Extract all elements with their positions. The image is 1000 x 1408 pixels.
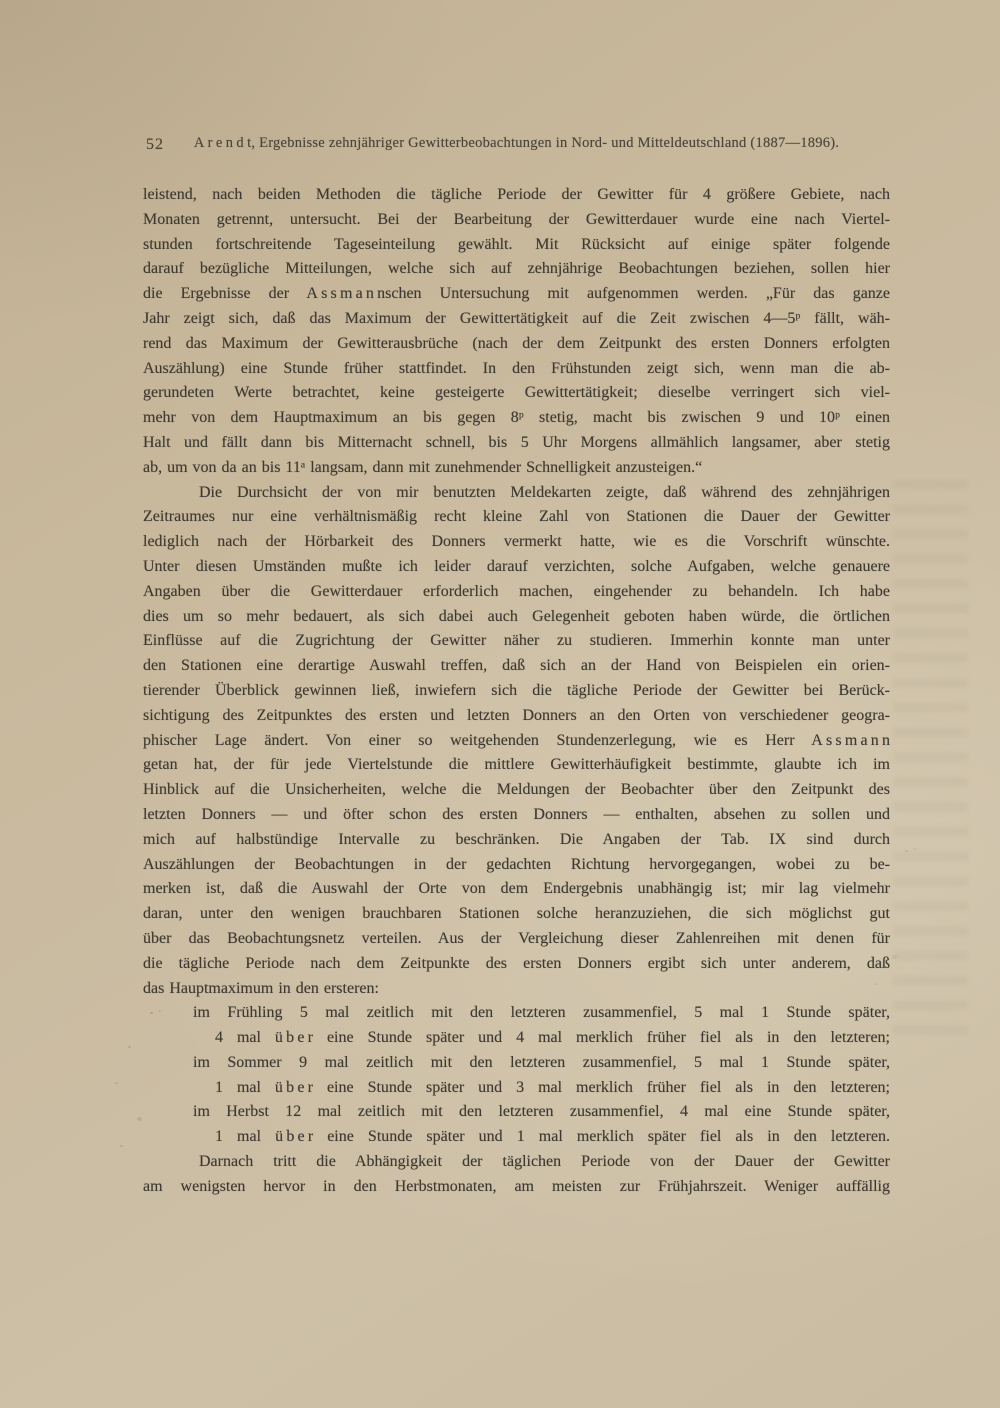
print-artifact [150,1012,153,1014]
text-line: die Ergebnisse der A s s m a n nschen Un… [143,282,890,307]
text-line: Auszählung) eine Stunde früher stattfind… [143,357,890,382]
scanned-book-page: 52 A r e n d t, Ergebnisse zehnjähriger … [0,0,1000,1408]
text-line: das Hauptmaximum in den ersteren: [143,977,890,1002]
bleed-through-artifact [893,480,968,1040]
text-line: Zeitraumes nur eine verhältnismäßig rech… [143,505,890,530]
running-header: 52 A r e n d t, Ergebnisse zehnjähriger … [143,135,890,157]
text-line: am wenigsten hervor in den Herbstmonaten… [143,1175,890,1200]
text-line: lediglich nach der Hörbarkeit des Donner… [143,530,890,555]
text-line: tierender Überblick gewinnen ließ, inwie… [143,679,890,704]
text-line: getan hat, der für jede Viertelstunde di… [143,753,890,778]
text-line: letzten Donners — und öfter schon des er… [143,803,890,828]
text-line: mehr von dem Hauptmaximum an bis gegen 8… [143,406,890,431]
text-line: über das Beobachtungsnetz verteilen. Aus… [143,927,890,952]
text-line: Monaten getrennt, untersucht. Bei der Be… [143,208,890,233]
text-line: merken ist, daß die Auswahl der Orte von… [143,877,890,902]
text-line: Die Durchsicht der von mir benutzten Mel… [143,481,890,506]
text-line: phischer Lage ändert. Von einer so weitg… [143,729,890,754]
page-number: 52 [146,136,164,154]
text-line: rend das Maximum der Gewitterausbrüche (… [143,332,890,357]
list-line: im Herbst 12 mal zeitlich mit den letzte… [143,1100,890,1125]
list-line: im Frühling 5 mal zeitlich mit den letzt… [143,1001,890,1026]
text-line: ab, um von da an bis 11ᵃ langsam, dann m… [143,456,890,481]
text-line: darauf bezügliche Mitteilungen, welche s… [143,257,890,282]
text-line: den Stationen eine derartige Auswahl tre… [143,654,890,679]
running-title: A r e n d t, Ergebnisse zehnjähriger Gew… [143,135,890,152]
text-line: Jahr zeigt sich, daß das Maximum der Gew… [143,307,890,332]
body-text: leistend, nach beiden Methoden die tägli… [143,183,890,1200]
text-line: Halt und fällt dann bis Mitternacht schn… [143,431,890,456]
text-line: Darnach tritt die Abhängigkeit der tägli… [143,1150,890,1175]
text-line: Einflüsse auf die Zugrichtung der Gewitt… [143,629,890,654]
list-line: 1 mal ü b e r eine Stunde später und 1 m… [143,1125,890,1150]
list-line: 4 mal ü b e r eine Stunde später und 4 m… [143,1026,890,1051]
text-line: gerundeten Werte betrachtet, keine geste… [143,381,890,406]
text-line: sichtigung des Zeitpunktes des ersten un… [143,704,890,729]
list-line: 1 mal ü b e r eine Stunde später und 3 m… [143,1076,890,1101]
text-line: stunden fortschreitende Tageseinteilung … [143,233,890,258]
text-line: leistend, nach beiden Methoden die tägli… [143,183,890,208]
text-line: Hinblick auf die Unsicherheiten, welche … [143,778,890,803]
text-line: daran, unter den wenigen brauchbaren Sta… [143,902,890,927]
text-line: Angaben über die Gewitterdauer erforderl… [143,580,890,605]
list-line: im Sommer 9 mal zeitlich mit den letzter… [143,1051,890,1076]
text-line: mich auf halbstündige Intervalle zu besc… [143,828,890,853]
text-line: dies um so mehr bedauert, als sich dabei… [143,605,890,630]
text-line: die tägliche Periode nach dem Zeitpunkte… [143,952,890,977]
text-line: Unter diesen Umständen mußte ich leider … [143,555,890,580]
text-line: Auszählungen der Beobachtungen in der ge… [143,853,890,878]
